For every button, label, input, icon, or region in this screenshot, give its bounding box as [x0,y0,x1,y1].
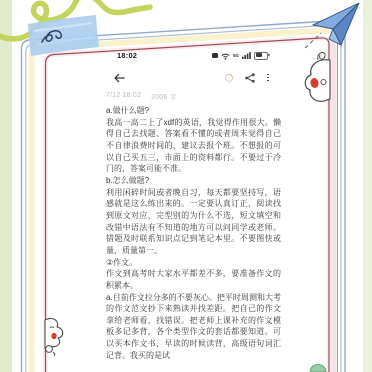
note-paragraph: 利用闲碎时间或者晚自习，每天都要坚持写，语感就是这么练出来的。一定要认真订正，阅… [106,187,281,257]
signal-icon [242,52,251,59]
note-paragraph: a.目前作文拉分多的不要灰心。把平时周测和大考的作文范文抄下来熟读并找差距。把自… [106,292,281,362]
status-time: 18:02 [117,51,137,60]
green-ribbon-doodle [0,0,150,39]
bunny-left-icon [45,319,63,356]
note-meta: 7/12 18:02 2006 字 [98,92,288,99]
decorated-note-page: 18:02 5G [0,0,372,372]
right-green-edge [363,0,372,372]
note-paragraph: ②作文。 [106,257,281,269]
toolbar-actions [225,73,269,83]
network-label: 5G [233,53,239,58]
bunny-right-icon [305,53,330,102]
kebab-menu-icon[interactable] [267,74,269,82]
green-sprout [310,365,326,372]
blue-paper-plane [305,3,359,48]
red-mouth [310,77,320,88]
status-bar: 18:02 5G [98,51,288,60]
battery-icon [254,52,268,60]
note-paragraph: 作文到高考时大家水平都差不多，要准备作文的积累本。 [106,268,281,291]
note-paragraph: a.做什么题? [106,105,281,117]
vpn-icon [212,53,218,59]
note-toolbar [98,72,288,83]
note-body[interactable]: a.做什么题? 我高一高二上了xdf的英语，我觉得作用很大。懒得自己去找题、答案… [98,105,288,361]
plane-trail [305,33,321,48]
note-paragraph: 我高一高二上了xdf的英语，我觉得作用很大。懒得自己去找题、答案看不懂的或者周末… [106,117,281,175]
note-char-count: 2006 字 [151,92,177,99]
note-paragraph: b.怎么做题? [106,175,281,187]
red-tongue [51,333,56,339]
note-datetime: 7/12 18:02 [106,92,141,99]
color-circle-icon[interactable] [224,72,235,83]
share-icon[interactable] [245,73,255,83]
wifi-icon [221,52,230,60]
status-icons: 5G [212,52,268,60]
tape-squiggle-doodle [42,31,61,42]
blue-washi-tape [28,15,99,56]
left-green-edge [0,0,12,372]
notes-app-screenshot: 18:02 5G [98,44,288,372]
back-arrow-icon[interactable] [114,73,125,83]
